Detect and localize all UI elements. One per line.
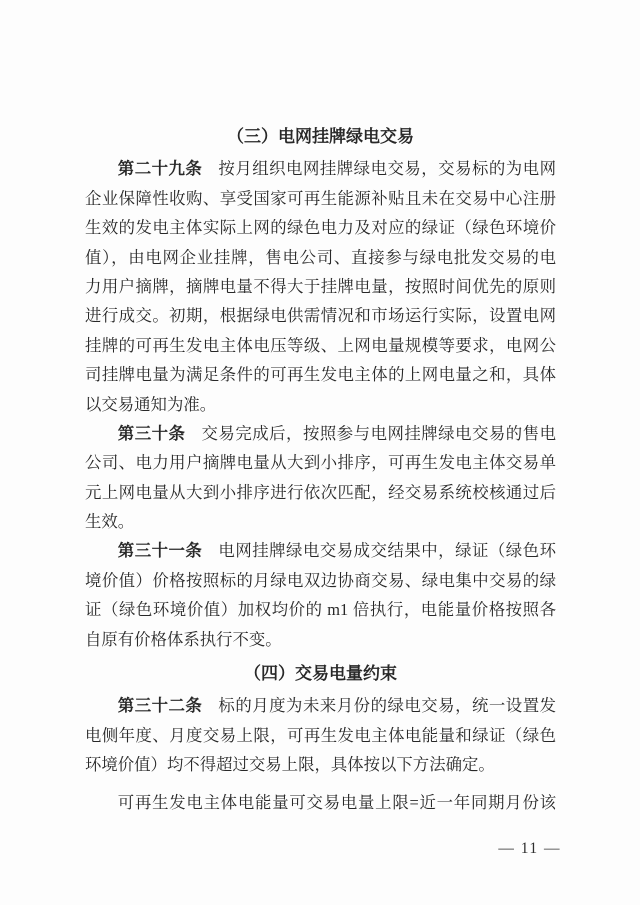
section-heading-4: （四）交易电量约束 [85, 659, 556, 688]
clause-31-line-1-text: 电网挂牌绿电交易成交结果中，绿证（绿色环 [218, 541, 556, 560]
clause-31-label: 第三十一条 [118, 541, 203, 560]
clause-31-line-2: 境价值）价格按照标的月绿电双边协商交易、绿电集中交易的绿 [85, 566, 556, 595]
clause-30-label: 第三十条 [118, 424, 186, 443]
clause-29-line-2: 企业保障性收购、享受国家可再生能源补贴且未在交易中心注册 [85, 184, 556, 213]
clause-30-line-1: 第三十条交易完成后，按照参与电网挂牌绿电交易的售电 [85, 419, 556, 448]
clause-31-line-4: 自原有价格体系执行不变。 [85, 625, 556, 654]
clause-29-line-7: 挂牌的可再生发电主体电压等级、上网电量规模等要求，电网公 [85, 331, 556, 360]
formula-paragraph-line-1: 可再生发电主体电能量可交易电量上限=近一年同期月份该 [85, 788, 556, 817]
clause-30-line-2: 公司、电力用户摘牌电量从大到小排序，可再生发电主体交易单 [85, 448, 556, 477]
clause-32-line-1: 第三十二条标的月度为未来月份的绿电交易，统一设置发 [85, 691, 556, 720]
document-content: （三）电网挂牌绿电交易 第二十九条按月组织电网挂牌绿电交易，交易标的为电网 企业… [85, 122, 556, 817]
clause-32-line-1-text: 标的月度为未来月份的绿电交易，统一设置发 [218, 696, 556, 715]
clause-29-line-6: 进行成交。初期，根据绿电供需情况和市场运行实际，设置电网 [85, 301, 556, 330]
clause-29-line-1: 第二十九条按月组织电网挂牌绿电交易，交易标的为电网 [85, 154, 556, 183]
section-heading-3: （三）电网挂牌绿电交易 [85, 122, 556, 151]
clause-32-label: 第三十二条 [118, 696, 203, 715]
clause-29-line-5: 力用户摘牌，摘牌电量不得大于挂牌电量，按照时间优先的原则 [85, 272, 556, 301]
clause-29-line-9: 以交易通知为准。 [85, 390, 556, 419]
document-page: （三）电网挂牌绿电交易 第二十九条按月组织电网挂牌绿电交易，交易标的为电网 企业… [0, 0, 640, 905]
clause-32-line-2: 电侧年度、月度交易上限，可再生发电主体电能量和绿证（绿色 [85, 721, 556, 750]
clause-29-line-3: 生效的发电主体实际上网的绿色电力及对应的绿证（绿色环境价 [85, 213, 556, 242]
clause-30-line-4: 生效。 [85, 507, 556, 536]
clause-31-line-3: 证（绿色环境价值）加权均价的 m1 倍执行，电能量价格按照各 [85, 595, 556, 624]
clause-29-line-1-text: 按月组织电网挂牌绿电交易，交易标的为电网 [218, 159, 556, 178]
clause-31-line-1: 第三十一条电网挂牌绿电交易成交结果中，绿证（绿色环 [85, 536, 556, 565]
clause-32-line-3: 环境价值）均不得超过交易上限，具体按以下方法确定。 [85, 750, 556, 779]
clause-29-line-8: 司挂牌电量为满足条件的可再生发电主体的上网电量之和，具体 [85, 360, 556, 389]
clause-29-label: 第二十九条 [118, 159, 203, 178]
page-number: — 11 — [498, 840, 561, 858]
clause-30-line-3: 元上网电量从大到小排序进行依次匹配，经交易系统校核通过后 [85, 478, 556, 507]
clause-29-line-4: 值），由电网企业挂牌，售电公司、直接参与绿电批发交易的电 [85, 243, 556, 272]
clause-30-line-1-text: 交易完成后，按照参与电网挂牌绿电交易的售电 [201, 424, 556, 443]
